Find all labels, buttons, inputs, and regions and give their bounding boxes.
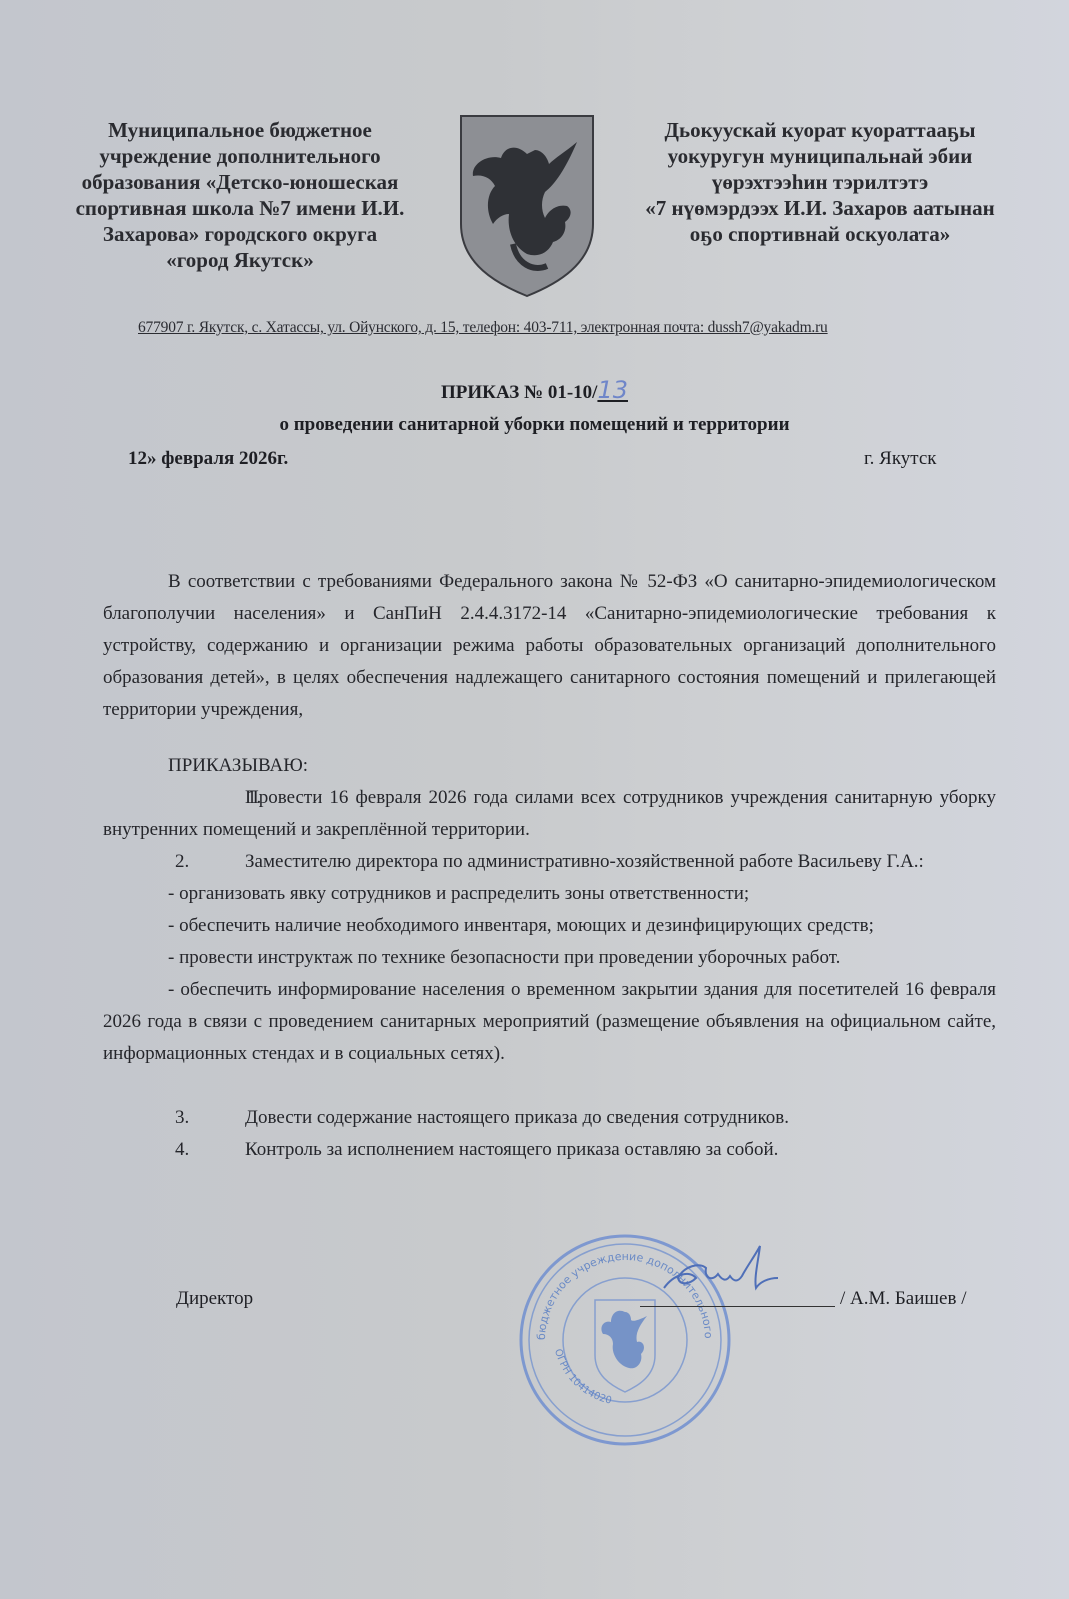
order-item-4: 4.Контроль за исполнением настоящего при…: [175, 1134, 1005, 1166]
order-item-3: 3.Довести содержание настоящего приказа …: [175, 1102, 1005, 1134]
order-item-2: 2.Заместителю директора по административ…: [175, 846, 1005, 878]
item-number: 2.: [175, 846, 245, 878]
org-line: уокуругун муниципальнай эбии: [615, 143, 1025, 169]
item-number: 1.: [175, 782, 245, 814]
org-line: Дьокуускай куорат куораттааҕы: [615, 117, 1025, 143]
org-line: учреждение дополнительного: [50, 143, 430, 169]
item-number: 3.: [175, 1102, 245, 1134]
decree-heading: ПРИКАЗЫВАЮ:: [168, 750, 308, 782]
order-title: ПРИКАЗ № 01-10/13: [0, 376, 1069, 404]
signature-line: [640, 1306, 835, 1307]
signer-name: / А.М. Баишев /: [840, 1288, 966, 1310]
subitem: - организовать явку сотрудников и распре…: [168, 878, 998, 910]
item-number: 4.: [175, 1134, 245, 1166]
org-name-russian: Муниципальное бюджетное учреждение допол…: [50, 117, 430, 273]
org-line: Муниципальное бюджетное: [50, 117, 430, 143]
order-title-prefix: ПРИКАЗ № 01-10/: [441, 382, 597, 403]
org-line: үөрэхтээһин тэрилтэтэ: [615, 169, 1025, 195]
subitem: - обеспечить наличие необходимого инвент…: [168, 910, 998, 942]
document-page: Муниципальное бюджетное учреждение допол…: [0, 0, 1069, 1599]
org-line: Захарова» городского округа: [50, 221, 430, 247]
subitem: - провести инструктаж по технике безопас…: [168, 942, 998, 974]
intro-paragraph: В соответствии с требованиями Федерально…: [103, 566, 996, 726]
org-address: 677907 г. Якутск, с. Хатассы, ул. Ойунск…: [138, 319, 938, 337]
org-name-yakut: Дьокуускай куорат куораттааҕы уокуругун …: [615, 117, 1025, 247]
item-text: Контроль за исполнением настоящего прика…: [245, 1139, 778, 1160]
signer-role: Директор: [176, 1288, 253, 1310]
handwritten-signature-icon: [660, 1244, 800, 1304]
order-date: 12» февраля 2026г.: [128, 448, 288, 470]
order-item-1: 1.Провести 16 февраля 2026 года силами в…: [103, 782, 996, 846]
org-line: образования «Детско-юношеская: [50, 169, 430, 195]
order-subject: о проведении санитарной уборки помещений…: [0, 414, 1069, 436]
coat-of-arms-icon: [457, 114, 597, 298]
order-city: г. Якутск: [864, 448, 936, 470]
item-text: Довести содержание настоящего приказа до…: [245, 1107, 789, 1128]
org-line: «7 нүөмэрдээх И.И. Захаров аатынан: [615, 195, 1025, 221]
item-text: Заместителю директора по административно…: [245, 851, 924, 872]
org-line: оҕо спортивнай оскуолата»: [615, 221, 1025, 247]
subitem: - обеспечить информирование населения о …: [103, 974, 996, 1070]
org-line: «город Якутск»: [50, 247, 430, 273]
org-line: спортивная школа №7 имени И.И.: [50, 195, 430, 221]
order-number-handwritten: 13: [597, 376, 628, 404]
